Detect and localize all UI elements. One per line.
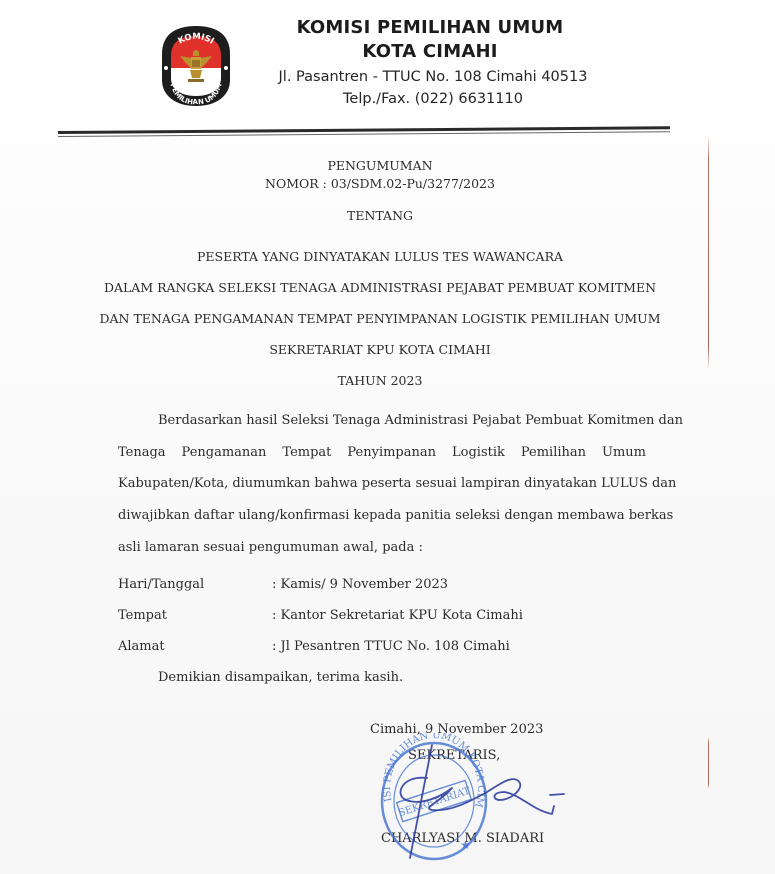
detail-value: : Kamis/ 9 November 2023 (272, 577, 448, 592)
kpu-logo-icon: KOMISI PEMILIHAN UMUM (160, 24, 232, 108)
body-paragraph-line: diwajibkan daftar ulang/konfirmasi kepad… (118, 508, 646, 523)
closing-text: Demikian disampaikan, terima kasih. (158, 670, 403, 685)
org-name: KOMISI PEMILIHAN UMUM (280, 17, 580, 38)
subject-line: TAHUN 2023 (60, 373, 700, 388)
subject-line: SEKRETARIAT KPU KOTA CIMAHI (60, 342, 700, 357)
body-paragraph-line: Berdasarkan hasil Seleksi Tenaga Adminis… (158, 413, 646, 428)
subject-line: PESERTA YANG DINYATAKAN LULUS TES WAWANC… (60, 249, 700, 264)
word: Tenaga (118, 445, 166, 460)
subject-line: DAN TENAGA PENGAMANAN TEMPAT PENYIMPANAN… (60, 311, 700, 326)
detail-value: : Kantor Sekretariat KPU Kota Cimahi (272, 608, 523, 623)
word: Tempat (282, 445, 331, 460)
signatory-title: SEKRETARIS, (408, 748, 500, 763)
word: Penyimpanan (347, 445, 436, 460)
body-paragraph-line: asli lamaran sesuai pengumuman awal, pad… (118, 540, 646, 555)
word: Pemilihan (521, 445, 586, 460)
document-number: NOMOR : 03/SDM.02-Pu/3277/2023 (60, 176, 700, 191)
detail-row-address: Alamat: Jl Pesantren TTUC No. 108 Cimahi (118, 639, 510, 654)
org-address: Jl. Pasantren - TTUC No. 108 Cimahi 4051… (278, 69, 588, 85)
word: Pengamanan (182, 445, 267, 460)
signatory-name: CHARLYASI M. SIADARI (381, 831, 544, 846)
detail-row-place: Tempat: Kantor Sekretariat KPU Kota Cima… (118, 608, 523, 623)
document-about: TENTANG (60, 208, 700, 223)
detail-label: Hari/Tanggal (118, 577, 272, 592)
subject-line: DALAM RANGKA SELEKSI TENAGA ADMINISTRASI… (60, 280, 700, 295)
detail-row-date: Hari/Tanggal: Kamis/ 9 November 2023 (118, 577, 448, 592)
org-city: KOTA CIMAHI (280, 41, 580, 62)
detail-value: : Jl Pesantren TTUC No. 108 Cimahi (272, 639, 510, 654)
org-phone: Telp./Fax. (022) 6631110 (278, 91, 588, 107)
signature-place-date: Cimahi, 9 November 2023 (370, 722, 543, 737)
body-paragraph-line: Tenaga Pengamanan Tempat Penyimpanan Log… (118, 445, 646, 460)
document-label: PENGUMUMAN (60, 158, 700, 173)
word: Umum (602, 445, 646, 460)
paper-edge-line (708, 737, 709, 789)
body-paragraph-line: Kabupaten/Kota, diumumkan bahwa peserta … (118, 476, 646, 491)
detail-label: Alamat (118, 639, 272, 654)
paper-edge-line (708, 135, 709, 370)
detail-label: Tempat (118, 608, 272, 623)
word: Logistik (452, 445, 505, 460)
